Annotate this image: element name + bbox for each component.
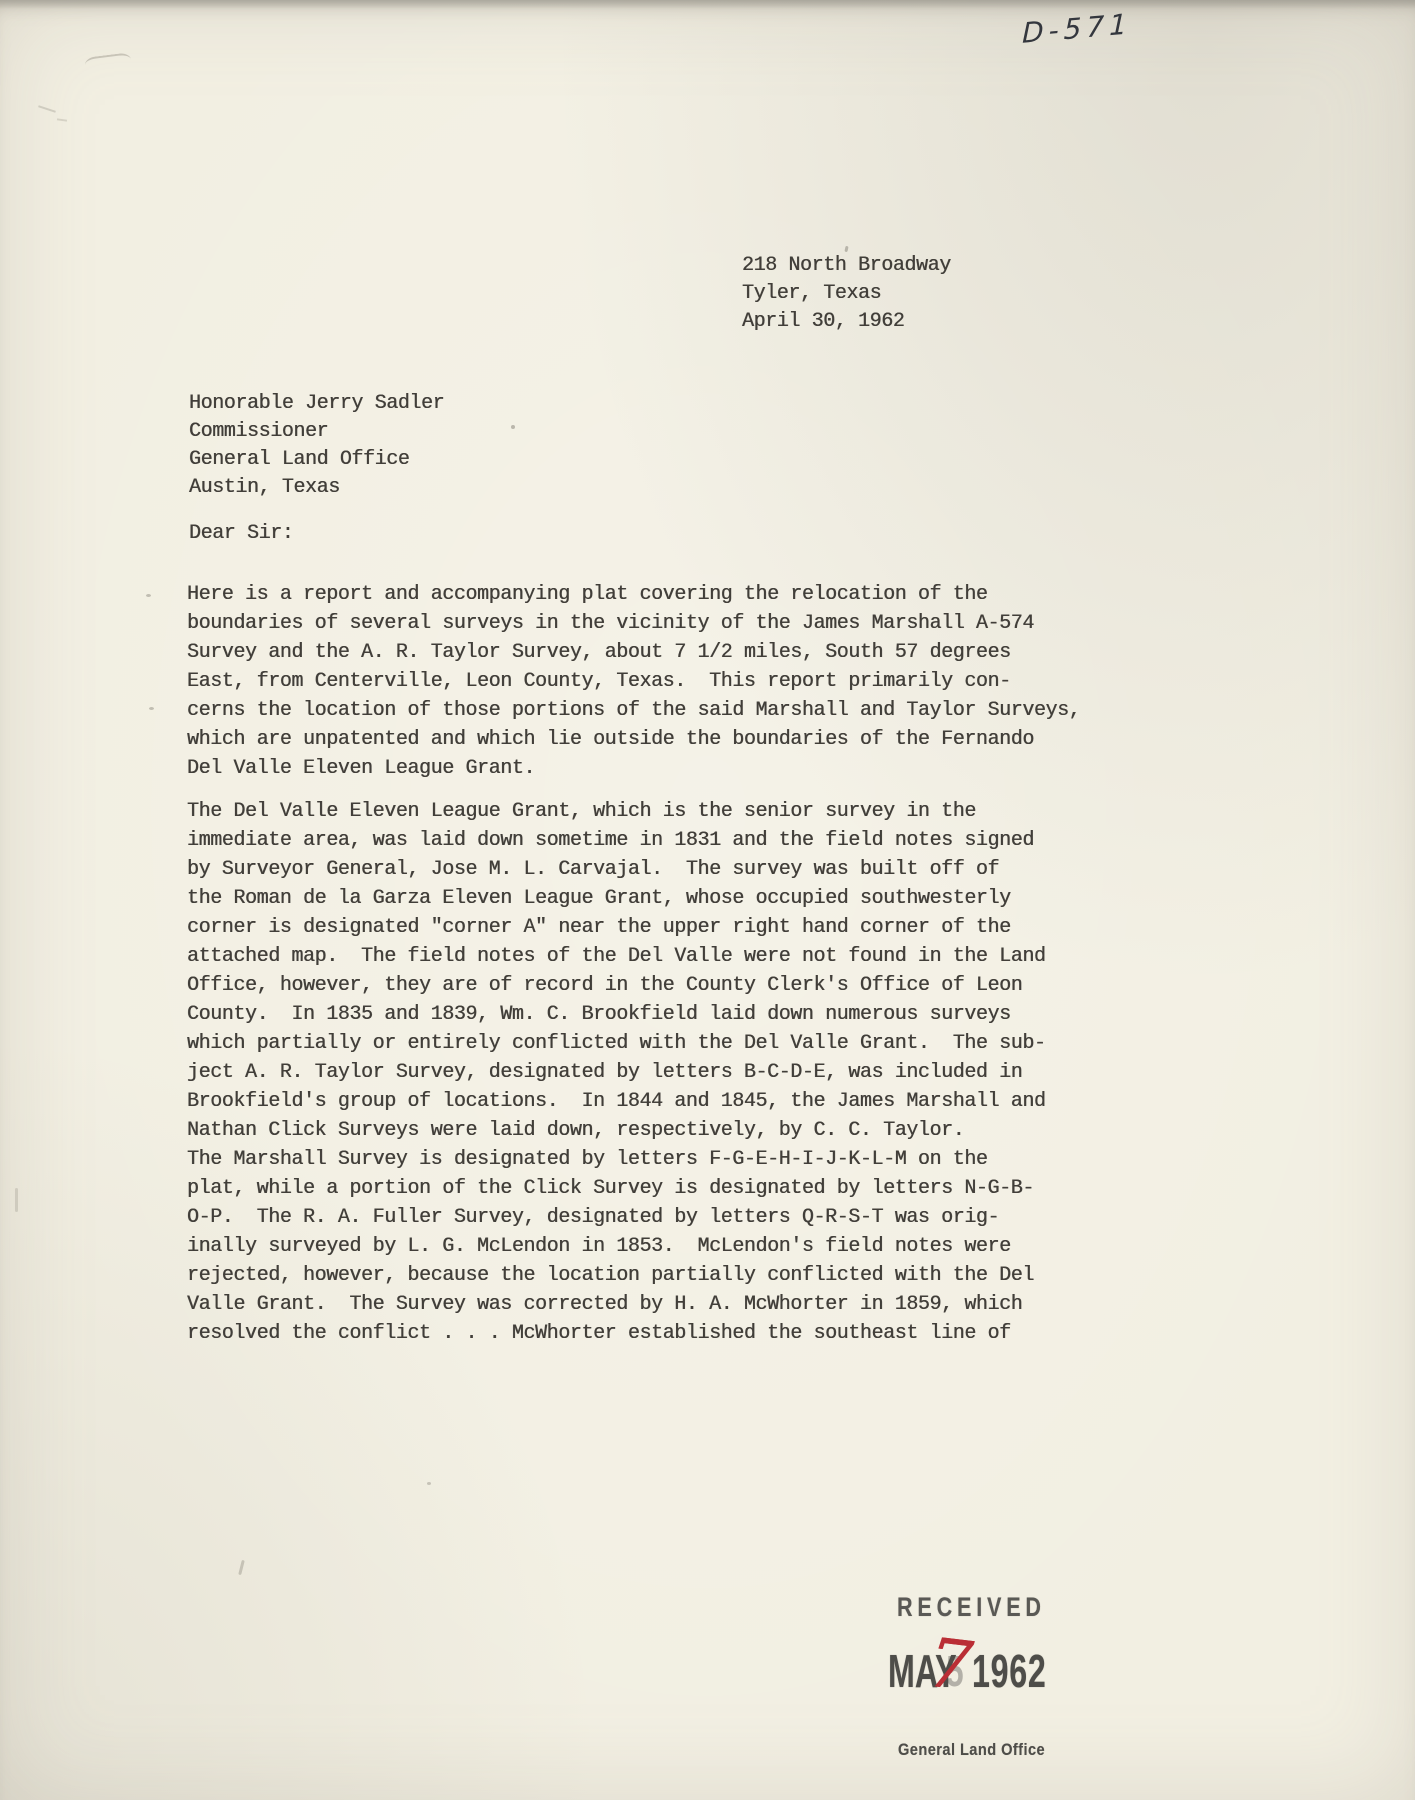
- scan-top-edge: [0, 0, 1415, 9]
- received-stamp-day-handwritten: 7: [924, 1630, 975, 1703]
- letter-paragraph-2: The Del Valle Eleven League Grant, which…: [187, 797, 1046, 1348]
- ink-speck: [146, 594, 151, 597]
- recipient-address-block: Honorable Jerry Sadler Commissioner Gene…: [189, 390, 444, 502]
- ink-speck: [511, 425, 515, 429]
- pencil-squiggle: [84, 52, 131, 72]
- scanned-letter-page: D-571 218 North Broadway Tyler, Texas Ap…: [0, 0, 1415, 1800]
- received-stamp-year: 1962: [972, 1648, 1046, 1694]
- received-stamp-office: General Land Office: [898, 1740, 1045, 1760]
- salutation: Dear Sir:: [189, 519, 293, 548]
- sender-address-block: 218 North Broadway Tyler, Texas April 30…: [742, 252, 951, 336]
- letter-paragraph-1: Here is a report and accompanying plat c…: [187, 580, 1080, 783]
- ink-speck: [427, 1482, 431, 1485]
- pencil-mark: [38, 105, 56, 112]
- scan-edge-artifact: [15, 1188, 18, 1212]
- received-stamp-title: RECEIVED: [897, 1592, 1046, 1623]
- handwritten-docket-number: D-571: [1022, 7, 1132, 50]
- pencil-mark: [57, 118, 67, 121]
- pencil-tick: [238, 1560, 245, 1575]
- ink-speck: [149, 707, 154, 710]
